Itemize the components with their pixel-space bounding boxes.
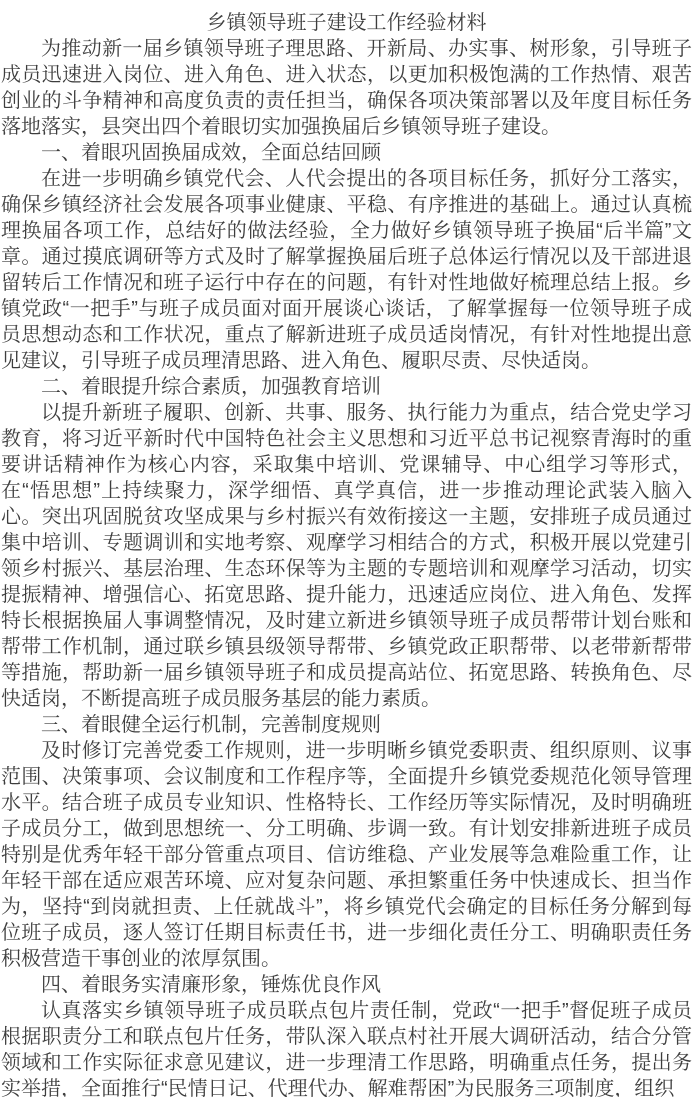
section-heading-2: 二、着眼提升综合素质，加强教育培训 [1, 374, 692, 400]
document-page: 乡镇领导班子建设工作经验材料 为推动新一届乡镇领导班子理思路、开新局、办实事、树… [0, 0, 693, 1097]
section-1-paragraph: 在进一步明确乡镇党代会、人代会提出的各项目标任务，抓好分工落实，确保乡镇经济社会… [1, 166, 692, 374]
section-2-paragraph: 以提升新班子履职、创新、共事、服务、执行能力为重点，结合党史学习教育，将习近平新… [1, 400, 692, 712]
section-4-paragraph: 认真落实乡镇领导班子成员联点包片责任制，党政“一把手”督促班子成员根据职责分工和… [1, 998, 692, 1097]
intro-paragraph: 为推动新一届乡镇领导班子理思路、开新局、办实事、树形象，引导班子成员迅速进入岗位… [1, 36, 692, 140]
section-heading-1: 一、着眼巩固换届成效，全面总结回顾 [1, 140, 692, 166]
section-heading-3: 三、着眼健全运行机制，完善制度规则 [1, 712, 692, 738]
document-title: 乡镇领导班子建设工作经验材料 [1, 10, 692, 36]
section-3-paragraph: 及时修订完善党委工作规则，进一步明晰乡镇党委职责、组织原则、议事范围、决策事项、… [1, 738, 692, 972]
section-heading-4: 四、着眼务实清廉形象，锤炼优良作风 [1, 972, 692, 998]
